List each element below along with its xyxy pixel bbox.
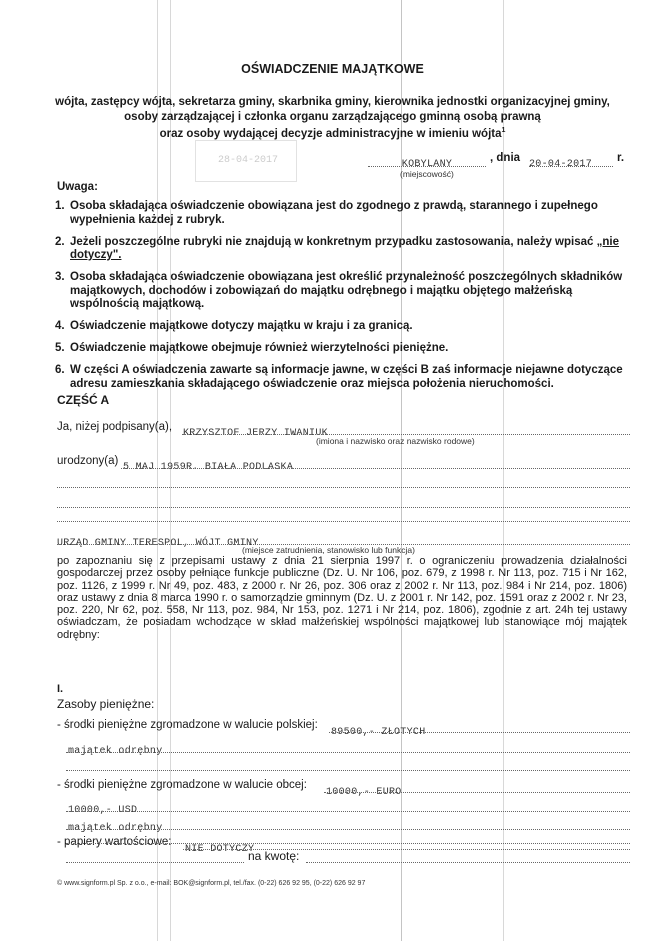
statement-paragraph: po zapoznaniu się z przepisami ustawy z … <box>57 555 627 641</box>
stamp-date: 28-04-2017 <box>218 155 278 166</box>
date-suffix: r. <box>617 152 624 164</box>
pln-note-field[interactable]: majątek odrębny <box>68 740 628 758</box>
section-roman: I. <box>57 683 63 695</box>
date-field[interactable]: 20-04-2017 <box>529 153 615 171</box>
employment-caption: (miejsce zatrudnienia, stanowisko lub fu… <box>242 545 415 555</box>
footer-copyright: © www.signform.pl Sp. z o.o., e-mail: BO… <box>57 880 365 887</box>
date-value: 20-04-2017 <box>529 159 592 170</box>
note-item: 1.Osoba składająca oświadczenie obowiąza… <box>55 200 635 227</box>
subtitle-line: oraz osoby wydającej decyzje administrac… <box>0 124 665 141</box>
foreign-note-field[interactable]: majątek odrębny <box>68 817 628 835</box>
signed-caption: (imiona i nazwisko oraz nazwisko rodowe) <box>316 436 475 446</box>
foreign-field-2[interactable]: 10000,- USD <box>68 799 628 817</box>
footnote-marker: 1 <box>502 127 506 134</box>
signed-label: Ja, niżej podpisany(a), <box>57 421 172 433</box>
subtitle-line: osoby zarządzającej i członka organu zar… <box>0 110 665 125</box>
note-item: 6.W części A oświadczenia zawarte są inf… <box>55 364 635 391</box>
note-item: 3.Osoba składająca oświadczenie obowiąza… <box>55 271 635 312</box>
amount-label: na kwotę: <box>248 849 299 863</box>
cash-heading: Zasoby pieniężne: <box>57 697 154 711</box>
notes-list: 1.Osoba składająca oświadczenie obowiąza… <box>55 200 635 400</box>
foreign-label: - środki pieniężne zgromadzone w walucie… <box>57 779 307 791</box>
securities-label: - papiery wartościowe: <box>57 836 171 848</box>
note-item: 4.Oświadczenie majątkowe dotyczy majątku… <box>55 320 635 334</box>
pln-field[interactable]: 89500,- ZŁOTYCH <box>331 721 628 739</box>
notes-heading: Uwaga: <box>57 181 98 193</box>
date-label: , dnia <box>490 152 520 164</box>
amount-field[interactable] <box>306 850 628 862</box>
note-item: 2.Jeżeli poszczególne rubryki nie znajdu… <box>55 236 635 263</box>
born-label: urodzony(a) <box>57 455 118 467</box>
document-subtitle: wójta, zastępcy wójta, sekretarza gminy,… <box>0 95 665 141</box>
subtitle-line: wójta, zastępcy wójta, sekretarza gminy,… <box>0 95 665 110</box>
note-item: 5.Oświadczenie majątkowe obejmuje równie… <box>55 342 635 356</box>
born-field[interactable]: 5 MAJ 1959R. BIAŁA PODLASKA <box>123 456 628 474</box>
part-a-heading: CZĘŚĆ A <box>57 393 109 407</box>
document-title: OŚWIADCZENIE MAJĄTKOWE <box>0 62 665 76</box>
foreign-field-1[interactable]: 10000,- EURO <box>326 781 628 799</box>
pln-label: - środki pieniężne zgromadzone w walucie… <box>57 719 318 731</box>
place-caption: (miejscowość) <box>400 169 454 179</box>
